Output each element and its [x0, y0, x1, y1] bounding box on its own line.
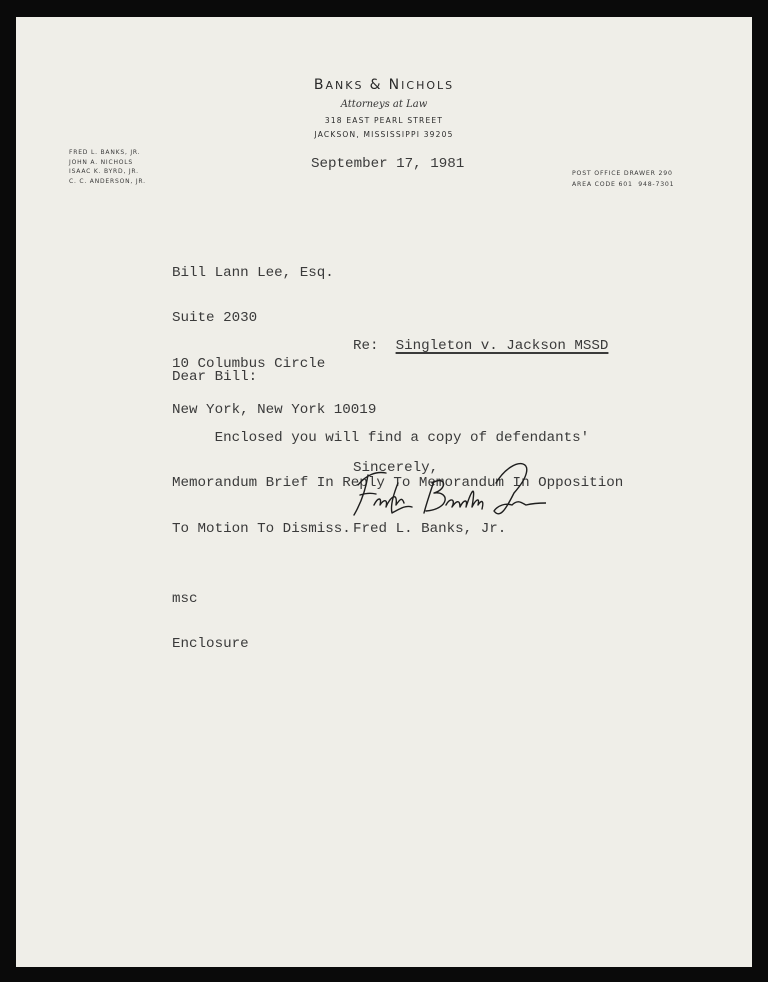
phone-number: Area Code 601 948-7301 [572, 179, 674, 190]
firm-name: BANKS & NICHOLS [16, 77, 752, 93]
po-box: Post Office Drawer 290 [572, 168, 674, 179]
partner-list: Fred L. Banks, Jr. John A. Nichols Isaac… [69, 148, 146, 186]
enclosure-notation: Enclosure [172, 637, 249, 652]
recipient-line: Bill Lann Lee, Esq. [172, 266, 376, 281]
partner-name: Isaac K. Byrd, Jr. [69, 167, 146, 177]
handwritten-signature [346, 453, 546, 528]
partner-name: Fred L. Banks, Jr. [69, 148, 146, 158]
letter-page: BANKS & NICHOLS Attorneys at Law 318 Eas… [16, 17, 752, 967]
firm-name-text: BANKS & NICHOLS [314, 78, 454, 93]
re-subject: Singleton v. Jackson MSSD [396, 338, 609, 354]
firm-tagline: Attorneys at Law [16, 99, 752, 110]
signature-icon [346, 453, 546, 523]
firm-street: 318 East Pearl Street [16, 116, 752, 125]
recipient-line: Suite 2030 [172, 311, 376, 326]
contact-info: Post Office Drawer 290 Area Code 601 948… [572, 168, 674, 190]
signer-name: Fred L. Banks, Jr. [353, 522, 506, 537]
re-label: Re: [353, 338, 379, 354]
subject-line: Re: Singleton v. Jackson MSSD [353, 339, 608, 354]
reference-block: msc Enclosure [172, 561, 249, 683]
salutation: Dear Bill: [172, 370, 257, 385]
body-line: Enclosed you will find a copy of defenda… [172, 431, 623, 446]
partner-name: C. C. Anderson, Jr. [69, 177, 146, 187]
partner-name: John A. Nichols [69, 158, 146, 168]
firm-city: Jackson, Mississippi 39205 [16, 130, 752, 139]
letter-date: September 17, 1981 [311, 157, 464, 172]
typist-initials: msc [172, 592, 249, 607]
